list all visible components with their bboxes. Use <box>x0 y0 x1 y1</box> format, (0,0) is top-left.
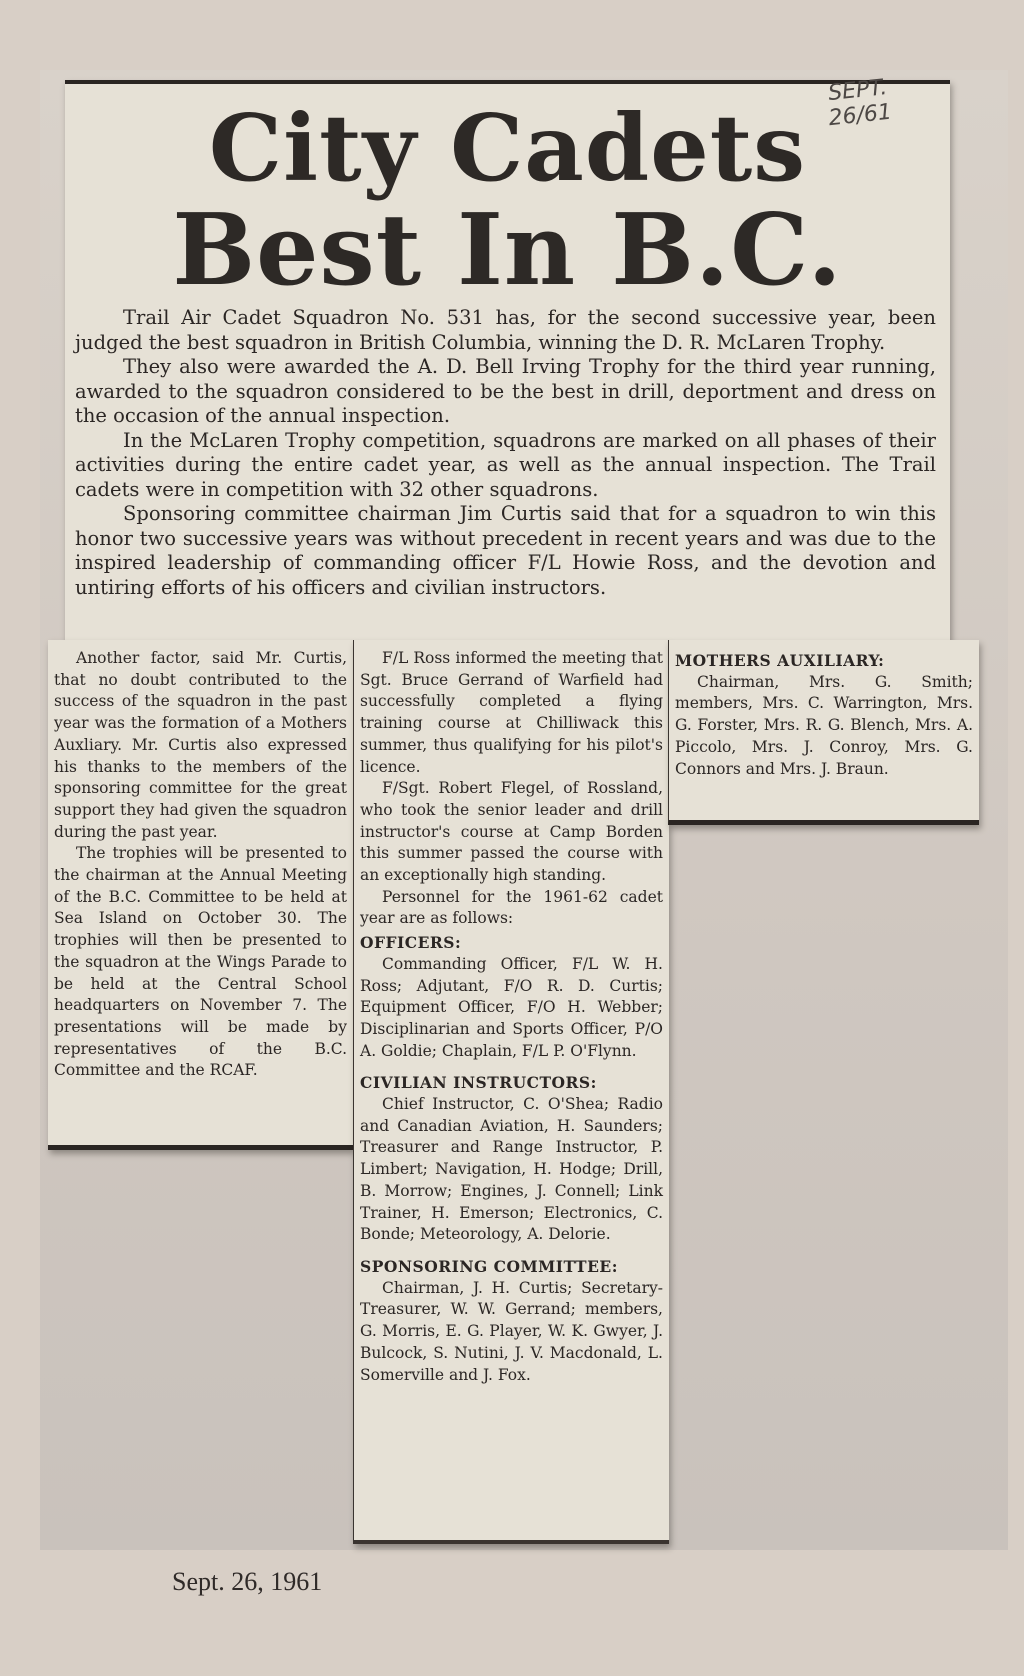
lead-paragraph: They also were awarded the A. D. Bell Ir… <box>75 355 936 429</box>
clipping-column-3: MOTHERS AUXILIARY: Chairman, Mrs. G. Smi… <box>668 640 979 825</box>
column-paragraph: F/Sgt. Robert Flegel, of Rossland, who t… <box>360 778 663 887</box>
lead-paragraph: In the McLaren Trophy competition, squad… <box>75 429 936 503</box>
page-caption-date: Sept. 26, 1961 <box>172 1567 322 1597</box>
mothers-auxiliary-list: Chairman, Mrs. G. Smith; members, Mrs. C… <box>675 672 973 781</box>
sponsoring-committee-list: Chairman, J. H. Curtis; Secretary-Treasu… <box>360 1278 663 1387</box>
clipping-column-2: F/L Ross informed the meeting that Sgt. … <box>353 640 669 1544</box>
column-paragraph: Personnel for the 1961-62 cadet year are… <box>360 887 663 930</box>
lead-paragraph: Sponsoring committee chairman Jim Curtis… <box>75 502 936 600</box>
headline-line-2: Best In B.C. <box>65 202 950 300</box>
column-paragraph: The trophies will be presented to the ch… <box>54 843 347 1082</box>
column-paragraph: Another factor, said Mr. Curtis, that no… <box>54 648 347 843</box>
clipping-column-1: Another factor, said Mr. Curtis, that no… <box>48 640 353 1150</box>
clipping-headline-section: SEPT. 26/61 City Cadets Best In B.C. Tra… <box>65 80 950 644</box>
lead-text: Trail Air Cadet Squadron No. 531 has, fo… <box>75 306 936 600</box>
headline-line-1: City Cadets <box>65 102 950 194</box>
civilian-instructors-list: Chief Instructor, C. O'Shea; Radio and C… <box>360 1094 663 1246</box>
column-paragraph: F/L Ross informed the meeting that Sgt. … <box>360 648 663 778</box>
sponsoring-committee-heading: SPONSORING COMMITTEE: <box>360 1256 663 1278</box>
officers-heading: OFFICERS: <box>360 932 663 954</box>
mothers-auxiliary-heading: MOTHERS AUXILIARY: <box>675 650 973 672</box>
civilian-instructors-heading: CIVILIAN INSTRUCTORS: <box>360 1072 663 1094</box>
officers-list: Commanding Officer, F/L W. H. Ross; Adju… <box>360 954 663 1063</box>
lead-paragraph: Trail Air Cadet Squadron No. 531 has, fo… <box>75 306 936 355</box>
